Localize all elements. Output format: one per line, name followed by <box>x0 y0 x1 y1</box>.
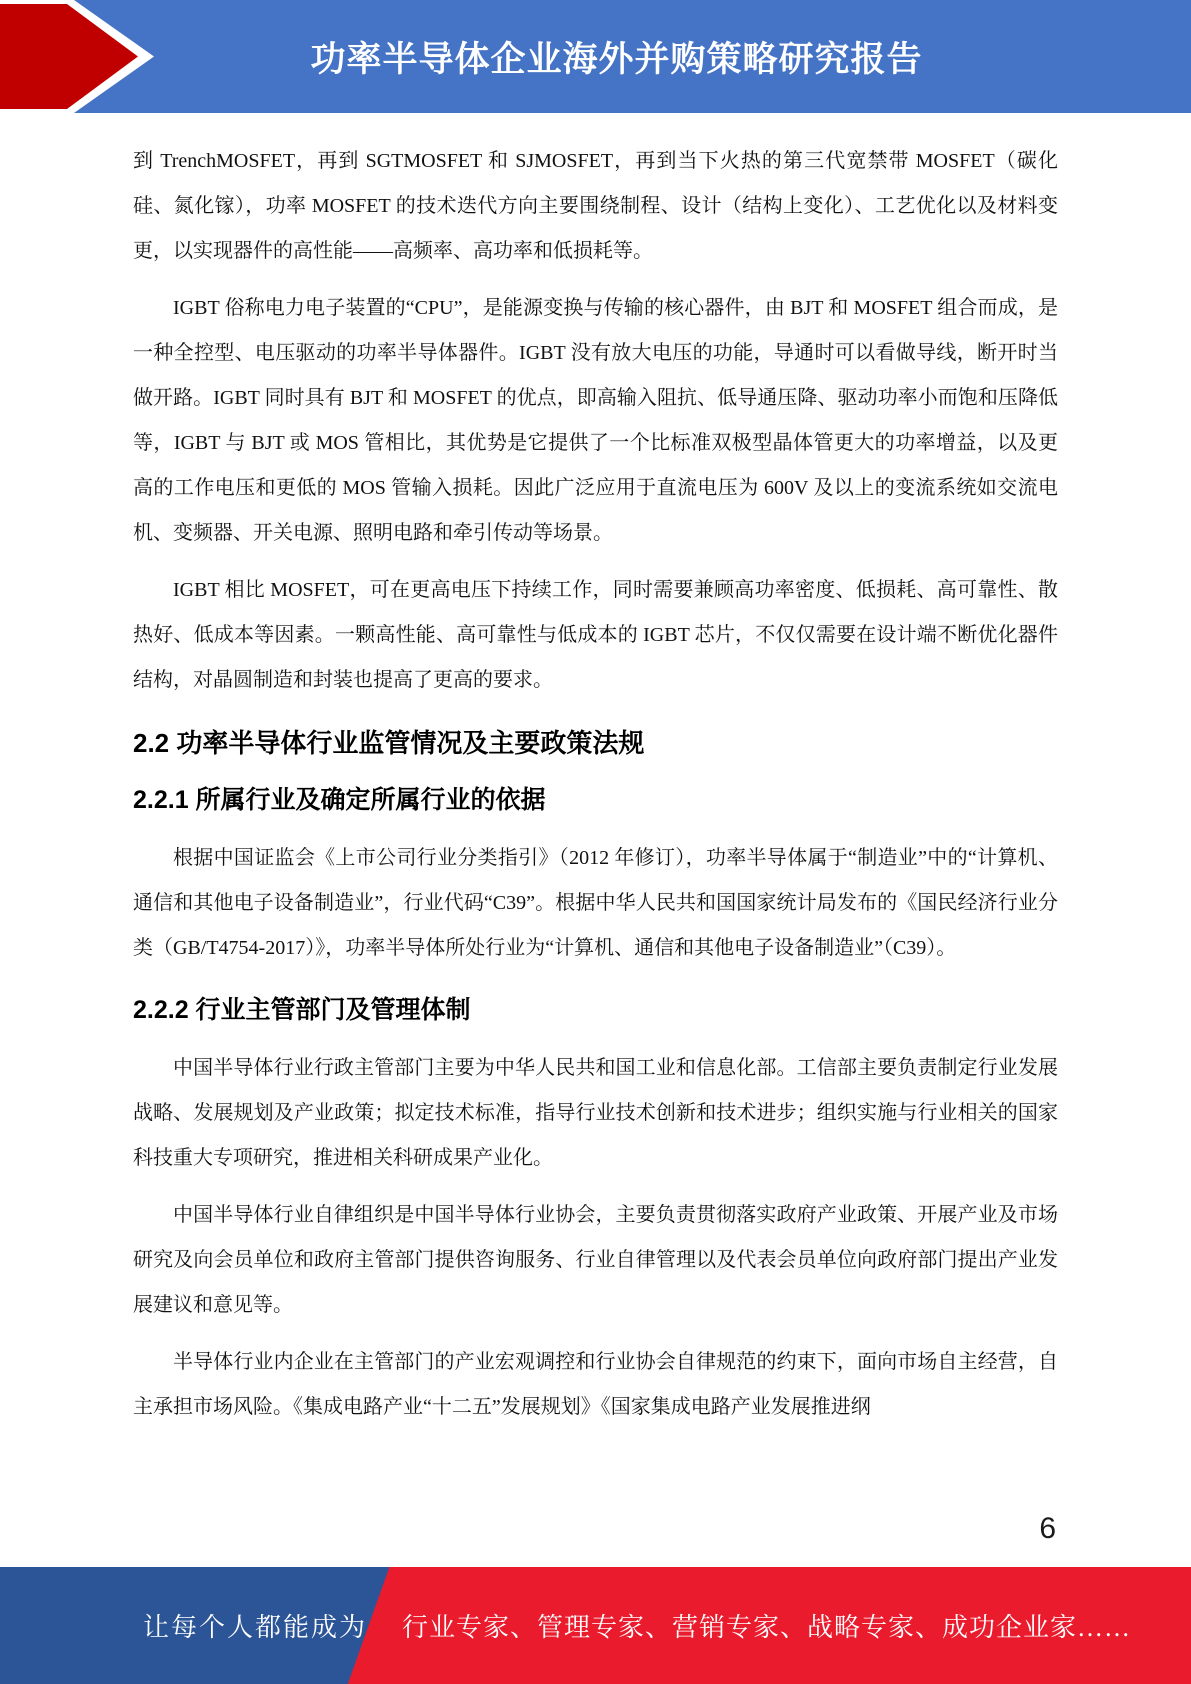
body-paragraph: 中国半导体行业行政主管部门主要为中华人民共和国工业和信息化部。工信部主要负责制定… <box>133 1046 1058 1181</box>
body-paragraph: 到 TrenchMOSFET，再到 SGTMOSFET 和 SJMOSFET，再… <box>133 139 1058 274</box>
section-heading-2-2-1: 2.2.1 所属行业及确定所属行业的依据 <box>133 783 1058 818</box>
body-paragraph: 半导体行业内企业在主管部门的产业宏观调控和行业协会自律规范的约束下，面向市场自主… <box>133 1340 1058 1430</box>
document-body: 到 TrenchMOSFET，再到 SGTMOSFET 和 SJMOSFET，再… <box>0 113 1191 1442</box>
footer-banner: 让每个人都能成为 行业专家、管理专家、营销专家、战略专家、成功企业家…… <box>0 1567 1191 1684</box>
footer-slogan-right: 行业专家、管理专家、营销专家、战略专家、成功企业家…… <box>402 1567 1131 1684</box>
footer-slogan-left: 让每个人都能成为 <box>143 1567 367 1684</box>
page-number: 6 <box>1039 1512 1056 1546</box>
body-paragraph: IGBT 俗称电力电子装置的“CPU”，是能源变换与传输的核心器件，由 BJT … <box>133 286 1058 556</box>
body-paragraph: 根据中国证监会《上市公司行业分类指引》（2012 年修订），功率半导体属于“制造… <box>133 836 1058 971</box>
report-page: { "header": { "title": "功率半导体企业海外并购策略研究报… <box>0 0 1191 1684</box>
body-paragraph: IGBT 相比 MOSFET，可在更高电压下持续工作，同时需要兼顾高功率密度、低… <box>133 568 1058 703</box>
section-heading-2-2: 2.2 功率半导体行业监管情况及主要政策法规 <box>133 725 1058 761</box>
header-banner: 功率半导体企业海外并购策略研究报告 <box>0 0 1191 113</box>
page-title: 功率半导体企业海外并购策略研究报告 <box>0 0 1191 113</box>
section-heading-2-2-2: 2.2.2 行业主管部门及管理体制 <box>133 993 1058 1028</box>
body-paragraph: 中国半导体行业自律组织是中国半导体行业协会，主要负责贯彻落实政府产业政策、开展产… <box>133 1193 1058 1328</box>
